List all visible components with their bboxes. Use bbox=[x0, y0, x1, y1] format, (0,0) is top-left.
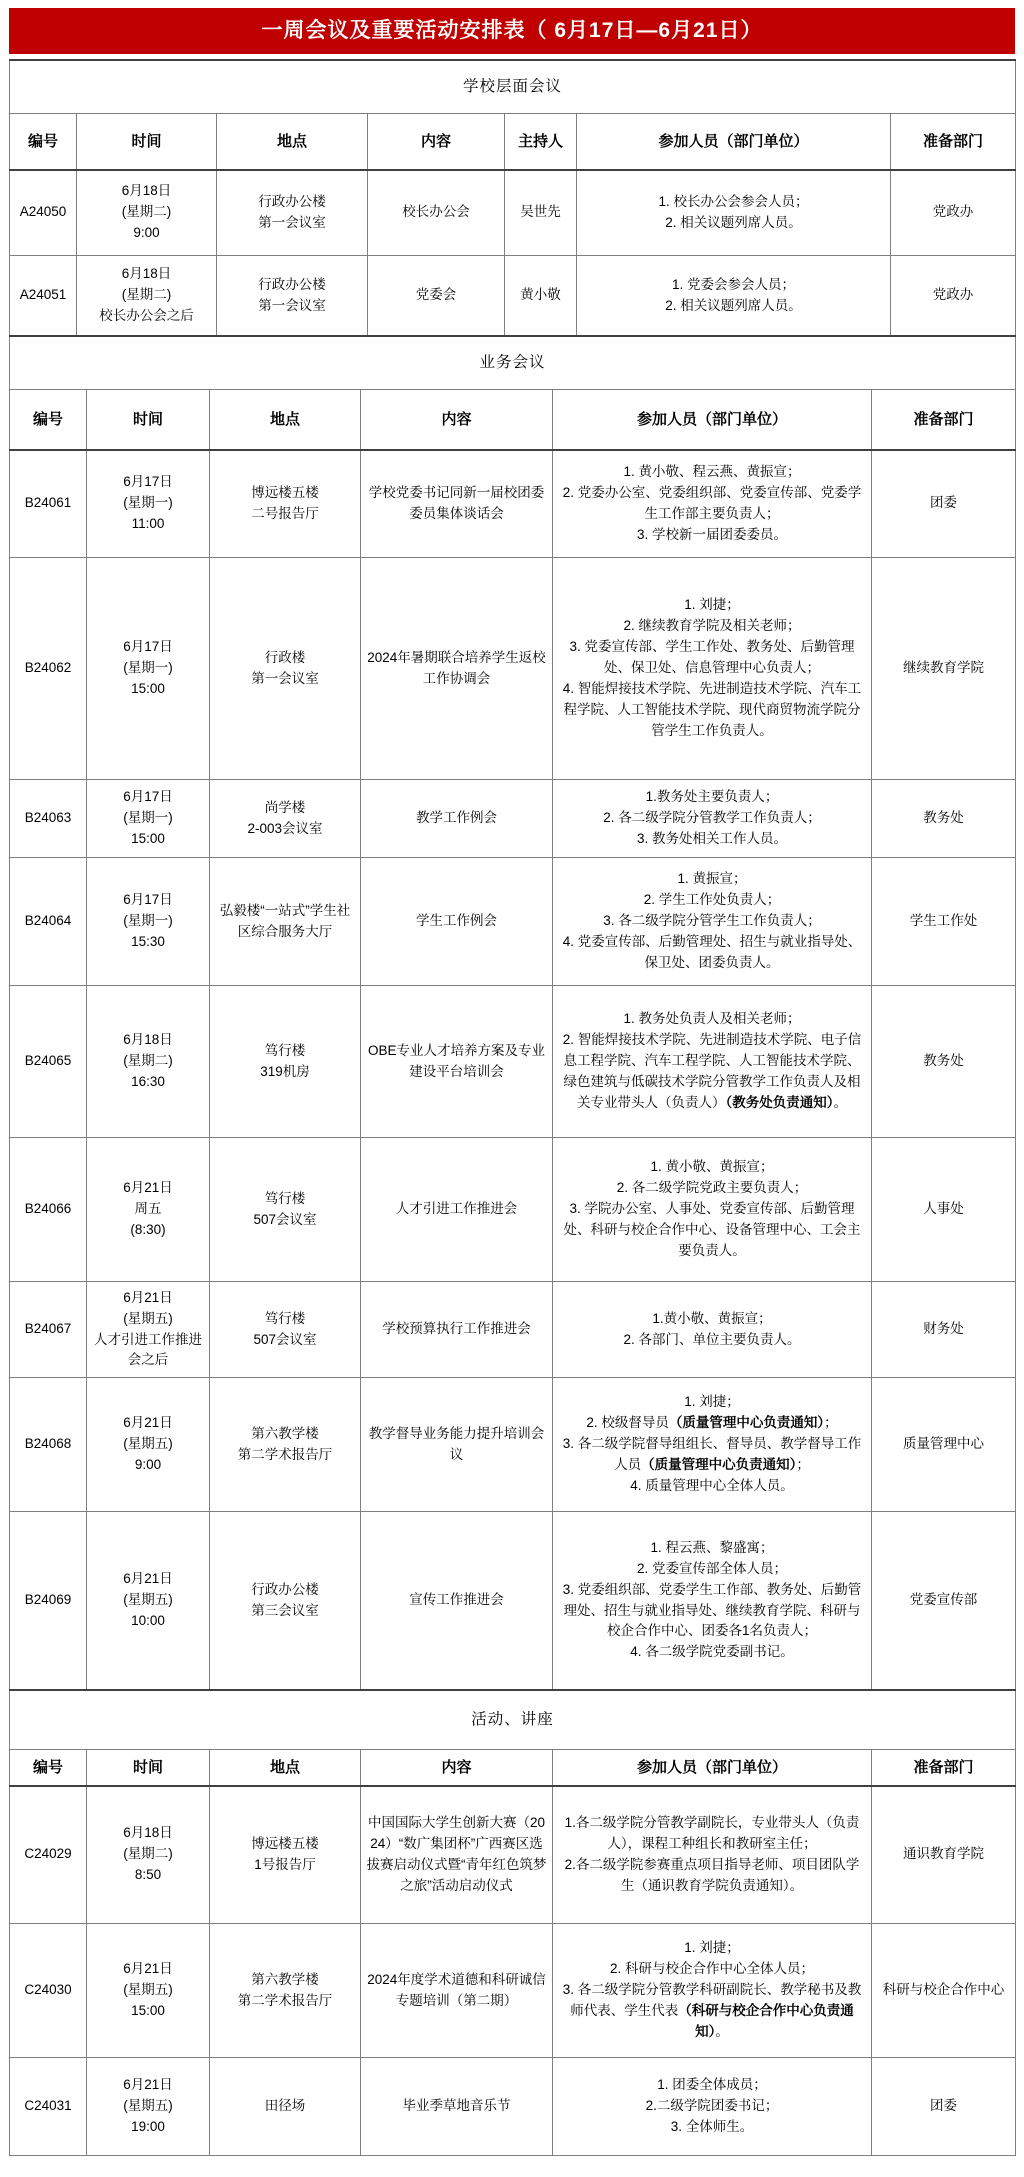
location-line: 第二学术报告厅 bbox=[215, 1445, 355, 1466]
department-cell: 质量管理中心 bbox=[872, 1378, 1016, 1512]
participant-line: 2. 各二级学院党政主要负责人； bbox=[558, 1178, 866, 1199]
location-line: 行政办公楼 bbox=[222, 275, 362, 296]
section-table: 学校层面会议编号时间地点内容主持人参加人员（部门单位）准备部门A240506月1… bbox=[9, 59, 1016, 336]
table-row: B240626月17日(星期一)15:00行政楼第一会议室2024年暑期联合培养… bbox=[10, 558, 1016, 780]
time-line: (星期五) bbox=[92, 1590, 204, 1611]
content-cell: 教学工作例会 bbox=[361, 780, 553, 858]
participant-line: 1.教务处主要负责人； bbox=[558, 787, 866, 808]
column-header: 准备部门 bbox=[872, 390, 1016, 450]
participant-line: 3. 全体师生。 bbox=[558, 2117, 866, 2138]
column-header: 准备部门 bbox=[872, 1750, 1016, 1786]
location-cell: 行政办公楼第一会议室 bbox=[217, 256, 368, 336]
participant-text: 4. 质量管理中心全体人员。 bbox=[630, 1478, 794, 1493]
location-line: 尚学楼 bbox=[215, 798, 355, 819]
time-line: 19:00 bbox=[92, 2117, 204, 2138]
id-cell: B24069 bbox=[10, 1512, 87, 1690]
participant-line: 2. 各部门、单位主要负责人。 bbox=[558, 1330, 866, 1351]
participant-line: 4. 质量管理中心全体人员。 bbox=[558, 1476, 866, 1497]
participant-text: 4. 党委宣传部、后勤管理处、招生与就业指导处、保卫处、团委负责人。 bbox=[563, 934, 862, 970]
notice-bold-text: （质量管理中心负责通知） bbox=[669, 1415, 824, 1430]
department-cell: 通识教育学院 bbox=[872, 1786, 1016, 1924]
content-cell: 2024年暑期联合培养学生返校工作协调会 bbox=[361, 558, 553, 780]
time-line: 6月18日 bbox=[82, 181, 211, 202]
column-header-row: 编号时间地点内容主持人参加人员（部门单位）准备部门 bbox=[10, 114, 1016, 170]
location-line: 博远楼五楼 bbox=[215, 483, 355, 504]
id-cell: C24029 bbox=[10, 1786, 87, 1924]
participants-cell: 1. 黄小敬、黄振宣；2. 各二级学院党政主要负责人；3. 学院办公室、人事处、… bbox=[553, 1138, 872, 1282]
department-cell: 人事处 bbox=[872, 1138, 1016, 1282]
table-row: B240676月21日(星期五)人才引进工作推进会之后笃行楼507会议室学校预算… bbox=[10, 1282, 1016, 1378]
participant-text: 1. 刘捷； bbox=[684, 1394, 740, 1409]
time-line: 6月17日 bbox=[92, 637, 204, 658]
column-header: 编号 bbox=[10, 390, 87, 450]
participant-text: 1. 程云燕、黎盛寓； bbox=[650, 1540, 773, 1555]
column-header: 参加人员（部门单位） bbox=[553, 390, 872, 450]
participant-line: 2. 相关议题列席人员。 bbox=[582, 296, 885, 317]
column-header: 地点 bbox=[217, 114, 368, 170]
section-title-row: 活动、讲座 bbox=[10, 1690, 1016, 1750]
participant-text: 2. 继续教育学院及相关老师； bbox=[623, 618, 800, 633]
location-line: 笃行楼 bbox=[215, 1189, 355, 1210]
participant-line: 2. 党委办公室、党委组织部、党委宣传部、党委学生工作部主要负责人； bbox=[558, 483, 866, 525]
participant-line: 1. 党委会参会人员； bbox=[582, 275, 885, 296]
time-line: 15:00 bbox=[92, 2001, 204, 2022]
column-header: 时间 bbox=[87, 1750, 210, 1786]
time-cell: 6月18日(星期二)16:30 bbox=[87, 986, 210, 1138]
content-cell: 党委会 bbox=[368, 256, 505, 336]
time-line: 6月21日 bbox=[92, 1178, 204, 1199]
section-title-row: 业务会议 bbox=[10, 336, 1016, 390]
column-header-row: 编号时间地点内容参加人员（部门单位）准备部门 bbox=[10, 1750, 1016, 1786]
time-line: 16:30 bbox=[92, 1072, 204, 1093]
time-line: (星期五) bbox=[92, 1980, 204, 2001]
department-cell: 教务处 bbox=[872, 780, 1016, 858]
participant-line: 1. 黄小敬、黄振宣； bbox=[558, 1157, 866, 1178]
location-line: 319机房 bbox=[215, 1062, 355, 1083]
section-title: 学校层面会议 bbox=[10, 60, 1016, 114]
participant-text: 1. 黄小敬、黄振宣； bbox=[650, 1159, 773, 1174]
time-line: 15:30 bbox=[92, 932, 204, 953]
participant-line: 2. 科研与校企合作中心全体人员； bbox=[558, 1959, 866, 1980]
participant-text: ； bbox=[796, 1457, 810, 1472]
time-cell: 6月21日(星期五)9:00 bbox=[87, 1378, 210, 1512]
table-row: C240296月18日(星期二)8:50博远楼五楼1号报告厅中国国际大学生创新大… bbox=[10, 1786, 1016, 1924]
participant-text: 1. 黄振宣； bbox=[677, 871, 746, 886]
participant-text: 3. 党委组织部、党委学生工作部、教务处、后勤管理处、招生与就业指导处、继续教育… bbox=[563, 1582, 862, 1639]
participant-line: 4. 党委宣传部、后勤管理处、招生与就业指导处、保卫处、团委负责人。 bbox=[558, 932, 866, 974]
participant-text: 1.各二级学院分管教学副院长，专业带头人（负责人），课程工种组长和教研室主任； bbox=[565, 1815, 860, 1851]
time-line: 校长办公会之后 bbox=[82, 306, 211, 327]
participant-text: 1. 黄小敬、程云燕、黄振宣； bbox=[623, 464, 800, 479]
participant-line: 2.二级学院团委书记； bbox=[558, 2096, 866, 2117]
table-row: B240646月17日(星期一)15:30弘毅楼“一站式”学生社区综合服务大厅学… bbox=[10, 858, 1016, 986]
location-line: 1号报告厅 bbox=[215, 1855, 355, 1876]
participant-line: 3. 各二级学院分管学生工作负责人； bbox=[558, 911, 866, 932]
host-cell: 吴世先 bbox=[505, 170, 577, 256]
location-line: 博远楼五楼 bbox=[215, 1834, 355, 1855]
column-header: 主持人 bbox=[505, 114, 577, 170]
id-cell: B24065 bbox=[10, 986, 87, 1138]
location-cell: 行政办公楼第一会议室 bbox=[217, 170, 368, 256]
column-header: 编号 bbox=[10, 114, 77, 170]
location-line: 第六教学楼 bbox=[215, 1970, 355, 1991]
id-cell: B24066 bbox=[10, 1138, 87, 1282]
participants-cell: 1. 教务处负责人及相关老师；2. 智能焊接技术学院、先进制造技术学院、电子信息… bbox=[553, 986, 872, 1138]
location-line: 行政楼 bbox=[215, 648, 355, 669]
participant-line: 2. 智能焊接技术学院、先进制造技术学院、电子信息工程学院、汽车工程学院、人工智… bbox=[558, 1030, 866, 1114]
time-cell: 6月21日(星期五)19:00 bbox=[87, 2058, 210, 2156]
department-cell: 教务处 bbox=[872, 986, 1016, 1138]
location-cell: 田径场 bbox=[210, 2058, 361, 2156]
participants-cell: 1. 黄小敬、程云燕、黄振宣；2. 党委办公室、党委组织部、党委宣传部、党委学生… bbox=[553, 450, 872, 558]
participant-line: 1. 校长办公会参会人员； bbox=[582, 192, 885, 213]
time-line: 6月21日 bbox=[92, 1959, 204, 1980]
time-cell: 6月18日(星期二)8:50 bbox=[87, 1786, 210, 1924]
participant-text: 2. 相关议题列席人员。 bbox=[665, 215, 802, 230]
time-line: 9:00 bbox=[82, 223, 211, 244]
participants-cell: 1. 刘捷；2. 科研与校企合作中心全体人员；3. 各二级学院分管教学科研副院长… bbox=[553, 1924, 872, 2058]
department-cell: 继续教育学院 bbox=[872, 558, 1016, 780]
participant-text: 1. 刘捷； bbox=[684, 597, 740, 612]
time-line: 15:00 bbox=[92, 679, 204, 700]
time-line: (星期二) bbox=[82, 202, 211, 223]
participants-cell: 1. 程云燕、黎盛寓；2. 党委宣传部全体人员；3. 党委组织部、党委学生工作部… bbox=[553, 1512, 872, 1690]
column-header: 地点 bbox=[210, 390, 361, 450]
participant-text: 4. 智能焊接技术学院、先进制造技术学院、汽车工程学院、人工智能技术学院、现代商… bbox=[563, 681, 862, 738]
participants-cell: 1. 校长办公会参会人员；2. 相关议题列席人员。 bbox=[577, 170, 891, 256]
participant-line: 3. 各二级学院督导组组长、督导员、教学督导工作人员（质量管理中心负责通知）； bbox=[558, 1434, 866, 1476]
participant-text: 3. 学校新一届团委委员。 bbox=[637, 527, 787, 542]
time-line: 6月21日 bbox=[92, 2075, 204, 2096]
page-title: 一周会议及重要活动安排表（ 6月17日—6月21日） bbox=[9, 8, 1015, 54]
department-cell: 科研与校企合作中心 bbox=[872, 1924, 1016, 2058]
participant-line: 2. 各二级学院分管教学工作负责人； bbox=[558, 808, 866, 829]
column-header: 内容 bbox=[361, 1750, 553, 1786]
id-cell: C24030 bbox=[10, 1924, 87, 2058]
time-line: (星期五) bbox=[92, 1309, 204, 1330]
column-header: 准备部门 bbox=[891, 114, 1016, 170]
time-line: 人才引进工作推进会之后 bbox=[92, 1330, 204, 1372]
table-row: B240656月18日(星期二)16:30笃行楼319机房OBE专业人才培养方案… bbox=[10, 986, 1016, 1138]
time-line: 6月17日 bbox=[92, 890, 204, 911]
department-cell: 团委 bbox=[872, 450, 1016, 558]
participant-text: 。 bbox=[834, 1095, 848, 1110]
location-cell: 第六教学楼第二学术报告厅 bbox=[210, 1378, 361, 1512]
participant-text: 1.教务处主要负责人； bbox=[646, 789, 779, 804]
location-line: 第二学术报告厅 bbox=[215, 1991, 355, 2012]
time-line: (星期二) bbox=[92, 1844, 204, 1865]
id-cell: B24068 bbox=[10, 1378, 87, 1512]
participants-cell: 1.教务处主要负责人；2. 各二级学院分管教学工作负责人；3. 教务处相关工作人… bbox=[553, 780, 872, 858]
location-line: 笃行楼 bbox=[215, 1309, 355, 1330]
time-line: 6月18日 bbox=[92, 1030, 204, 1051]
participant-text: 1. 党委会参会人员； bbox=[672, 277, 795, 292]
notice-bold-text: （教务处负责通知） bbox=[726, 1095, 834, 1110]
time-line: 6月18日 bbox=[92, 1823, 204, 1844]
participant-line: 1. 教务处负责人及相关老师； bbox=[558, 1009, 866, 1030]
column-header: 时间 bbox=[87, 390, 210, 450]
participant-line: 2. 学生工作处负责人； bbox=[558, 890, 866, 911]
time-line: 6月18日 bbox=[82, 264, 211, 285]
participant-text: 3. 全体师生。 bbox=[671, 2119, 754, 2134]
location-line: 第六教学楼 bbox=[215, 1424, 355, 1445]
participant-text: 1. 刘捷； bbox=[684, 1940, 740, 1955]
participant-line: 1. 刘捷； bbox=[558, 1938, 866, 1959]
location-cell: 第六教学楼第二学术报告厅 bbox=[210, 1924, 361, 2058]
time-cell: 6月18日(星期二)校长办公会之后 bbox=[77, 256, 217, 336]
participant-line: 3. 党委宣传部、学生工作处、教务处、后勤管理处、保卫处、信息管理中心负责人； bbox=[558, 637, 866, 679]
participant-text: 1. 校长办公会参会人员； bbox=[658, 194, 808, 209]
participants-cell: 1.黄小敬、黄振宣；2. 各部门、单位主要负责人。 bbox=[553, 1282, 872, 1378]
participant-line: 1.各二级学院分管教学副院长，专业带头人（负责人），课程工种组长和教研室主任； bbox=[558, 1813, 866, 1855]
participant-line: 2. 党委宣传部全体人员； bbox=[558, 1559, 866, 1580]
participant-text: 2. 学生工作处负责人； bbox=[644, 892, 781, 907]
participant-line: 2.各二级学院参赛重点项目指导老师、项目团队学生（通识教育学院负责通知）。 bbox=[558, 1855, 866, 1897]
table-row: A240516月18日(星期二)校长办公会之后行政办公楼第一会议室党委会黄小敬1… bbox=[10, 256, 1016, 336]
participant-line: 3. 党委组织部、党委学生工作部、教务处、后勤管理处、招生与就业指导处、继续教育… bbox=[558, 1580, 866, 1643]
column-header: 地点 bbox=[210, 1750, 361, 1786]
participants-cell: 1. 刘捷；2. 校级督导员（质量管理中心负责通知）；3. 各二级学院督导组组长… bbox=[553, 1378, 872, 1512]
participant-line: 1. 刘捷； bbox=[558, 1392, 866, 1413]
time-cell: 6月17日(星期一)15:00 bbox=[87, 558, 210, 780]
id-cell: B24062 bbox=[10, 558, 87, 780]
participant-line: 2. 相关议题列席人员。 bbox=[582, 213, 885, 234]
participant-line: 3. 学院办公室、人事处、党委宣传部、后勤管理处、科研与校企合作中心、设备管理中… bbox=[558, 1199, 866, 1262]
time-line: 6月21日 bbox=[92, 1569, 204, 1590]
id-cell: A24050 bbox=[10, 170, 77, 256]
time-cell: 6月21日(星期五)15:00 bbox=[87, 1924, 210, 2058]
participants-cell: 1. 党委会参会人员；2. 相关议题列席人员。 bbox=[577, 256, 891, 336]
participant-text: 2.二级学院团委书记； bbox=[646, 2098, 779, 2113]
content-cell: 2024年度学术道德和科研诚信专题培训（第二期） bbox=[361, 1924, 553, 2058]
id-cell: B24064 bbox=[10, 858, 87, 986]
participants-cell: 1. 黄振宣；2. 学生工作处负责人；3. 各二级学院分管学生工作负责人；4. … bbox=[553, 858, 872, 986]
section-table: 业务会议编号时间地点内容参加人员（部门单位）准备部门B240616月17日(星期… bbox=[9, 335, 1016, 1690]
participant-text: 3. 党委宣传部、学生工作处、教务处、后勤管理处、保卫处、信息管理中心负责人； bbox=[569, 639, 854, 675]
time-line: 6月21日 bbox=[92, 1288, 204, 1309]
content-cell: 校长办公会 bbox=[368, 170, 505, 256]
location-cell: 笃行楼507会议室 bbox=[210, 1138, 361, 1282]
department-cell: 党委宣传部 bbox=[872, 1512, 1016, 1690]
time-line: 6月17日 bbox=[92, 787, 204, 808]
participant-text: 2. 各二级学院党政主要负责人； bbox=[617, 1180, 808, 1195]
participant-text: 1. 教务处负责人及相关老师； bbox=[623, 1011, 800, 1026]
participant-text: 3. 教务处相关工作人员。 bbox=[637, 831, 787, 846]
notice-bold-text: （科研与校企合作中心负责通知） bbox=[678, 2003, 854, 2039]
participant-line: 3. 各二级学院分管教学科研副院长、教学秘书及教师代表、学生代表（科研与校企合作… bbox=[558, 1980, 866, 2043]
location-cell: 博远楼五楼1号报告厅 bbox=[210, 1786, 361, 1924]
participant-text: ； bbox=[824, 1415, 838, 1430]
content-cell: 中国国际大学生创新大赛（2024）“数广集团杯”广西赛区选拔赛启动仪式暨“青年红… bbox=[361, 1786, 553, 1924]
participant-text: 3. 各二级学院分管学生工作负责人； bbox=[603, 913, 821, 928]
participants-cell: 1.各二级学院分管教学副院长，专业带头人（负责人），课程工种组长和教研室主任；2… bbox=[553, 1786, 872, 1924]
column-header: 编号 bbox=[10, 1750, 87, 1786]
location-line: 田径场 bbox=[215, 2096, 355, 2117]
content-cell: 宣传工作推进会 bbox=[361, 1512, 553, 1690]
section-title-row: 学校层面会议 bbox=[10, 60, 1016, 114]
content-cell: 人才引进工作推进会 bbox=[361, 1138, 553, 1282]
participant-text: 2. 党委办公室、党委组织部、党委宣传部、党委学生工作部主要负责人； bbox=[563, 485, 862, 521]
content-cell: 毕业季草地音乐节 bbox=[361, 2058, 553, 2156]
content-cell: 教学督导业务能力提升培训会议 bbox=[361, 1378, 553, 1512]
participant-text: 2. 各二级学院分管教学工作负责人； bbox=[603, 810, 821, 825]
time-line: (星期二) bbox=[82, 285, 211, 306]
location-line: 507会议室 bbox=[215, 1210, 355, 1231]
id-cell: B24063 bbox=[10, 780, 87, 858]
table-row: B240636月17日(星期一)15:00尚学楼2-003会议室教学工作例会1.… bbox=[10, 780, 1016, 858]
content-cell: 学校预算执行工作推进会 bbox=[361, 1282, 553, 1378]
content-cell: OBE专业人才培养方案及专业建设平台培训会 bbox=[361, 986, 553, 1138]
time-line: (8:30) bbox=[92, 1220, 204, 1241]
participant-text: 。 bbox=[715, 2024, 729, 2039]
participant-line: 4. 各二级学院党委副书记。 bbox=[558, 1642, 866, 1663]
participants-cell: 1. 团委全体成员；2.二级学院团委书记；3. 全体师生。 bbox=[553, 2058, 872, 2156]
notice-bold-text: （质量管理中心负责通知） bbox=[641, 1457, 796, 1472]
time-cell: 6月18日(星期二)9:00 bbox=[77, 170, 217, 256]
id-cell: B24061 bbox=[10, 450, 87, 558]
time-line: (星期五) bbox=[92, 1434, 204, 1455]
location-line: 第一会议室 bbox=[222, 296, 362, 317]
participant-text: 2.各二级学院参赛重点项目指导老师、项目团队学生（通识教育学院负责通知）。 bbox=[565, 1857, 860, 1893]
table-row: C240316月21日(星期五)19:00田径场毕业季草地音乐节1. 团委全体成… bbox=[10, 2058, 1016, 2156]
time-line: 10:00 bbox=[92, 1611, 204, 1632]
participant-line: 1. 团委全体成员； bbox=[558, 2075, 866, 2096]
participant-line: 4. 智能焊接技术学院、先进制造技术学院、汽车工程学院、人工智能技术学院、现代商… bbox=[558, 679, 866, 742]
location-line: 第三会议室 bbox=[215, 1601, 355, 1622]
location-line: 2-003会议室 bbox=[215, 819, 355, 840]
id-cell: C24031 bbox=[10, 2058, 87, 2156]
time-line: (星期二) bbox=[92, 1051, 204, 1072]
location-line: 第一会议室 bbox=[222, 213, 362, 234]
participant-line: 2. 继续教育学院及相关老师； bbox=[558, 616, 866, 637]
time-cell: 6月17日(星期一)15:30 bbox=[87, 858, 210, 986]
schedule-table: 学校层面会议编号时间地点内容主持人参加人员（部门单位）准备部门A240506月1… bbox=[9, 59, 1015, 2156]
time-line: 9:00 bbox=[92, 1455, 204, 1476]
participant-line: 1. 刘捷； bbox=[558, 595, 866, 616]
id-cell: B24067 bbox=[10, 1282, 87, 1378]
column-header: 时间 bbox=[77, 114, 217, 170]
time-line: 11:00 bbox=[92, 514, 204, 535]
participant-text: 2. 相关议题列席人员。 bbox=[665, 298, 802, 313]
participant-line: 1. 黄小敬、程云燕、黄振宣； bbox=[558, 462, 866, 483]
time-line: 6月17日 bbox=[92, 472, 204, 493]
content-cell: 学校党委书记同新一届校团委委员集体谈话会 bbox=[361, 450, 553, 558]
column-header: 参加人员（部门单位） bbox=[553, 1750, 872, 1786]
participant-text: 4. 各二级学院党委副书记。 bbox=[630, 1644, 794, 1659]
location-line: 二号报告厅 bbox=[215, 504, 355, 525]
location-line: 笃行楼 bbox=[215, 1041, 355, 1062]
participant-text: 1. 团委全体成员； bbox=[657, 2077, 767, 2092]
time-line: 8:50 bbox=[92, 1865, 204, 1886]
participant-line: 1. 黄振宣； bbox=[558, 869, 866, 890]
table-row: B240616月17日(星期一)11:00博远楼五楼二号报告厅学校党委书记同新一… bbox=[10, 450, 1016, 558]
participant-text: 2. 各部门、单位主要负责人。 bbox=[623, 1332, 800, 1347]
department-cell: 党政办 bbox=[891, 170, 1016, 256]
department-cell: 学生工作处 bbox=[872, 858, 1016, 986]
location-line: 弘毅楼“一站式”学生社区综合服务大厅 bbox=[215, 901, 355, 943]
participant-line: 2. 校级督导员（质量管理中心负责通知）； bbox=[558, 1413, 866, 1434]
column-header: 内容 bbox=[368, 114, 505, 170]
department-cell: 党政办 bbox=[891, 256, 1016, 336]
time-cell: 6月17日(星期一)11:00 bbox=[87, 450, 210, 558]
department-cell: 团委 bbox=[872, 2058, 1016, 2156]
location-line: 行政办公楼 bbox=[215, 1580, 355, 1601]
column-header-row: 编号时间地点内容参加人员（部门单位）准备部门 bbox=[10, 390, 1016, 450]
time-line: (星期一) bbox=[92, 658, 204, 679]
time-line: (星期一) bbox=[92, 493, 204, 514]
time-line: (星期一) bbox=[92, 911, 204, 932]
section-table: 活动、讲座编号时间地点内容参加人员（部门单位）准备部门C240296月18日(星… bbox=[9, 1689, 1016, 2156]
participant-line: 1. 程云燕、黎盛寓； bbox=[558, 1538, 866, 1559]
location-cell: 弘毅楼“一站式”学生社区综合服务大厅 bbox=[210, 858, 361, 986]
table-row: B240666月21日周五(8:30)笃行楼507会议室人才引进工作推进会1. … bbox=[10, 1138, 1016, 1282]
time-line: (星期五) bbox=[92, 2096, 204, 2117]
time-cell: 6月21日(星期五)10:00 bbox=[87, 1512, 210, 1690]
location-cell: 行政楼第一会议室 bbox=[210, 558, 361, 780]
page: 一周会议及重要活动安排表（ 6月17日—6月21日） 学校层面会议编号时间地点内… bbox=[0, 0, 1024, 2164]
location-line: 507会议室 bbox=[215, 1330, 355, 1351]
location-cell: 笃行楼507会议室 bbox=[210, 1282, 361, 1378]
table-row: B240686月21日(星期五)9:00第六教学楼第二学术报告厅教学督导业务能力… bbox=[10, 1378, 1016, 1512]
time-line: 周五 bbox=[92, 1199, 204, 1220]
department-cell: 财务处 bbox=[872, 1282, 1016, 1378]
participants-cell: 1. 刘捷；2. 继续教育学院及相关老师；3. 党委宣传部、学生工作处、教务处、… bbox=[553, 558, 872, 780]
participant-line: 3. 教务处相关工作人员。 bbox=[558, 829, 866, 850]
id-cell: A24051 bbox=[10, 256, 77, 336]
participant-text: 1.黄小敬、黄振宣； bbox=[652, 1311, 771, 1326]
location-cell: 笃行楼319机房 bbox=[210, 986, 361, 1138]
host-cell: 黄小敬 bbox=[505, 256, 577, 336]
location-cell: 博远楼五楼二号报告厅 bbox=[210, 450, 361, 558]
location-line: 行政办公楼 bbox=[222, 192, 362, 213]
column-header: 内容 bbox=[361, 390, 553, 450]
location-cell: 尚学楼2-003会议室 bbox=[210, 780, 361, 858]
location-line: 第一会议室 bbox=[215, 669, 355, 690]
time-cell: 6月21日周五(8:30) bbox=[87, 1138, 210, 1282]
participant-text: 2. 党委宣传部全体人员； bbox=[637, 1561, 787, 1576]
participant-line: 3. 学校新一届团委委员。 bbox=[558, 525, 866, 546]
participant-text: 2. 科研与校企合作中心全体人员； bbox=[610, 1961, 814, 1976]
participant-text: 2. 校级督导员 bbox=[586, 1415, 669, 1430]
section-title: 业务会议 bbox=[10, 336, 1016, 390]
table-row: B240696月21日(星期五)10:00行政办公楼第三会议室宣传工作推进会1.… bbox=[10, 1512, 1016, 1690]
table-row: C240306月21日(星期五)15:00第六教学楼第二学术报告厅2024年度学… bbox=[10, 1924, 1016, 2058]
time-cell: 6月21日(星期五)人才引进工作推进会之后 bbox=[87, 1282, 210, 1378]
column-header: 参加人员（部门单位） bbox=[577, 114, 891, 170]
content-cell: 学生工作例会 bbox=[361, 858, 553, 986]
participant-text: 3. 学院办公室、人事处、党委宣传部、后勤管理处、科研与校企合作中心、设备管理中… bbox=[564, 1201, 861, 1258]
time-cell: 6月17日(星期一)15:00 bbox=[87, 780, 210, 858]
location-cell: 行政办公楼第三会议室 bbox=[210, 1512, 361, 1690]
section-title: 活动、讲座 bbox=[10, 1690, 1016, 1750]
table-row: A240506月18日(星期二)9:00行政办公楼第一会议室校长办公会吴世先1.… bbox=[10, 170, 1016, 256]
time-line: (星期一) bbox=[92, 808, 204, 829]
time-line: 6月21日 bbox=[92, 1413, 204, 1434]
time-line: 15:00 bbox=[92, 829, 204, 850]
participant-line: 1.黄小敬、黄振宣； bbox=[558, 1309, 866, 1330]
